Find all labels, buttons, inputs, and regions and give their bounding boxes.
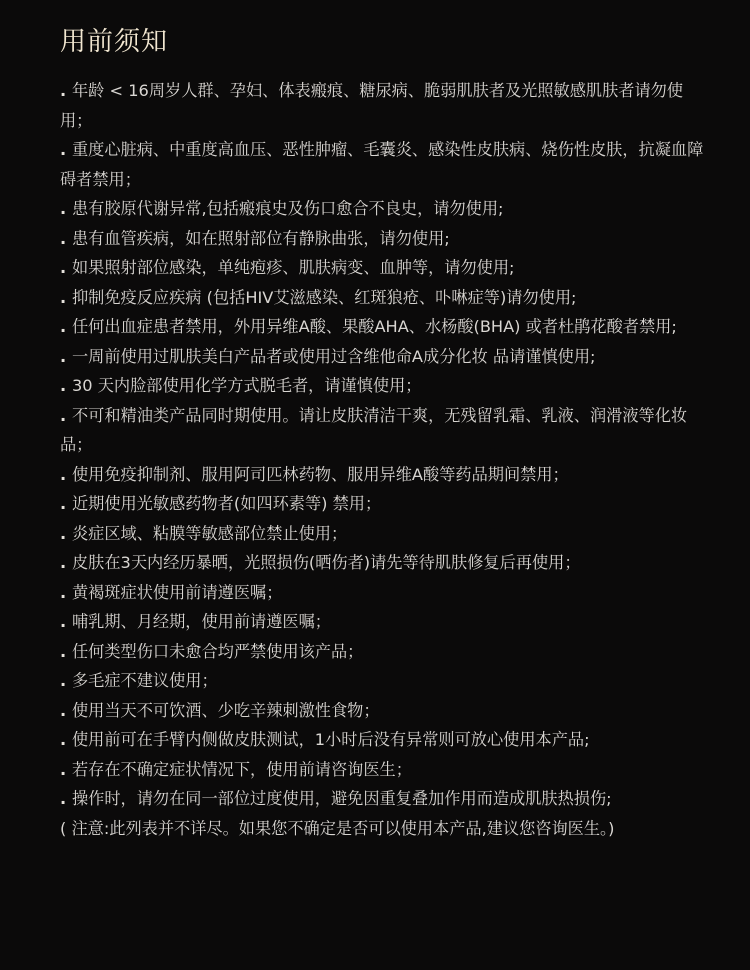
list-item-text: 操作时，请勿在同一部位过度使用，避免因重复叠加作用而造成肌肤热损伤; bbox=[72, 789, 612, 808]
list-item: .不可和精油类产品同时期使用。请让皮肤清洁干爽，无残留乳霜、乳液、润滑液等化妆品… bbox=[60, 401, 714, 460]
list-item: .任何类型伤口未愈合均严禁使用该产品； bbox=[60, 637, 714, 667]
precautions-list: .年龄 < 16周岁人群、孕妇、体表瘢痕、糖尿病、脆弱肌肤者及光照敏感肌肤者请勿… bbox=[60, 76, 714, 814]
bullet-icon: . bbox=[60, 519, 72, 549]
list-item-text: 若存在不确定症状情况下，使用前请咨询医生； bbox=[72, 760, 412, 779]
list-item-text: 炎症区域、粘膜等敏感部位禁止使用； bbox=[72, 524, 347, 543]
list-item-text: 使用前可在手臂内侧做皮肤测试，1小时后没有异常则可放心使用本产品; bbox=[72, 730, 590, 749]
list-item: .操作时，请勿在同一部位过度使用，避免因重复叠加作用而造成肌肤热损伤; bbox=[60, 784, 714, 814]
bullet-icon: . bbox=[60, 371, 72, 401]
list-item-text: 哺乳期、月经期，使用前请遵医嘱； bbox=[72, 612, 331, 631]
list-item-text: 患有胶原代谢异常,包括瘢痕史及伤口愈合不良史，请勿使用; bbox=[72, 199, 503, 218]
page-title: 用前须知 bbox=[60, 22, 714, 62]
list-item: .哺乳期、月经期，使用前请遵医嘱； bbox=[60, 607, 714, 637]
bullet-icon: . bbox=[60, 342, 72, 372]
bullet-icon: . bbox=[60, 607, 72, 637]
list-item-text: 近期使用光敏感药物者(如四环素等) 禁用； bbox=[72, 494, 381, 513]
bullet-icon: . bbox=[60, 578, 72, 608]
list-item-text: 使用免疫抑制剂、服用阿司匹林药物、服用异维A酸等药品期间禁用； bbox=[72, 465, 569, 484]
bullet-icon: . bbox=[60, 489, 72, 519]
bullet-icon: . bbox=[60, 755, 72, 785]
bullet-icon: . bbox=[60, 725, 72, 755]
list-item: .使用免疫抑制剂、服用阿司匹林药物、服用异维A酸等药品期间禁用； bbox=[60, 460, 714, 490]
list-item-text: 一周前使用过肌肤美白产品者或使用过含维他命A成分化妆 品请谨慎使用; bbox=[72, 347, 595, 366]
bullet-icon: . bbox=[60, 784, 72, 814]
bullet-icon: . bbox=[60, 637, 72, 667]
bullet-icon: . bbox=[60, 312, 72, 342]
list-item: .年龄 < 16周岁人群、孕妇、体表瘢痕、糖尿病、脆弱肌肤者及光照敏感肌肤者请勿… bbox=[60, 76, 714, 135]
list-item: .使用前可在手臂内侧做皮肤测试，1小时后没有异常则可放心使用本产品; bbox=[60, 725, 714, 755]
bullet-icon: . bbox=[60, 460, 72, 490]
list-item: .黄褐斑症状使用前请遵医嘱； bbox=[60, 578, 714, 608]
list-item-text: 任何出血症患者禁用，外用异维A酸、果酸AHA、水杨酸(BHA) 或者杜鹃花酸者禁… bbox=[72, 317, 677, 336]
list-item-text: 不可和精油类产品同时期使用。请让皮肤清洁干爽，无残留乳霜、乳液、润滑液等化妆品； bbox=[60, 406, 687, 455]
list-item: .炎症区域、粘膜等敏感部位禁止使用； bbox=[60, 519, 714, 549]
disclaimer-note: ( 注意:此列表并不详尽。如果您不确定是否可以使用本产品,建议您咨询医生。) bbox=[60, 814, 714, 844]
bullet-icon: . bbox=[60, 696, 72, 726]
list-item: .皮肤在3天内经历暴晒，光照损伤(晒伤者)请先等待肌肤修复后再使用； bbox=[60, 548, 714, 578]
bullet-icon: . bbox=[60, 76, 72, 106]
list-item-text: 抑制免疫反应疾病 (包括HIV艾滋感染、红斑狼疮、卟啉症等)请勿使用; bbox=[72, 288, 577, 307]
list-item-text: 30 天内脸部使用化学方式脱毛者，请谨慎使用； bbox=[72, 376, 422, 395]
list-item: .一周前使用过肌肤美白产品者或使用过含维他命A成分化妆 品请谨慎使用; bbox=[60, 342, 714, 372]
list-item: .抑制免疫反应疾病 (包括HIV艾滋感染、红斑狼疮、卟啉症等)请勿使用; bbox=[60, 283, 714, 313]
list-item-text: 使用当天不可饮酒、少吃辛辣刺激性食物； bbox=[72, 701, 380, 720]
list-item: .若存在不确定症状情况下，使用前请咨询医生； bbox=[60, 755, 714, 785]
list-item-text: 任何类型伤口未愈合均严禁使用该产品； bbox=[72, 642, 363, 661]
list-item-text: 多毛症不建议使用； bbox=[72, 671, 218, 690]
list-item: .重度心脏病、中重度高血压、恶性肿瘤、毛囊炎、感染性皮肤病、烧伤性皮肤，抗凝血障… bbox=[60, 135, 714, 194]
bullet-icon: . bbox=[60, 548, 72, 578]
bullet-icon: . bbox=[60, 283, 72, 313]
precautions-page: 用前须知 .年龄 < 16周岁人群、孕妇、体表瘢痕、糖尿病、脆弱肌肤者及光照敏感… bbox=[0, 0, 750, 970]
list-item: .患有血管疾病，如在照射部位有静脉曲张，请勿使用; bbox=[60, 224, 714, 254]
list-item-text: 重度心脏病、中重度高血压、恶性肿瘤、毛囊炎、感染性皮肤病、烧伤性皮肤，抗凝血障碍… bbox=[60, 140, 703, 189]
list-item: .患有胶原代谢异常,包括瘢痕史及伤口愈合不良史，请勿使用; bbox=[60, 194, 714, 224]
bullet-icon: . bbox=[60, 224, 72, 254]
list-item: .使用当天不可饮酒、少吃辛辣刺激性食物； bbox=[60, 696, 714, 726]
bullet-icon: . bbox=[60, 194, 72, 224]
list-item: .任何出血症患者禁用，外用异维A酸、果酸AHA、水杨酸(BHA) 或者杜鹃花酸者… bbox=[60, 312, 714, 342]
list-item: .多毛症不建议使用； bbox=[60, 666, 714, 696]
bullet-icon: . bbox=[60, 401, 72, 431]
bullet-icon: . bbox=[60, 253, 72, 283]
list-item: .30 天内脸部使用化学方式脱毛者，请谨慎使用； bbox=[60, 371, 714, 401]
list-item-text: 皮肤在3天内经历暴晒，光照损伤(晒伤者)请先等待肌肤修复后再使用； bbox=[72, 553, 581, 572]
list-item: .近期使用光敏感药物者(如四环素等) 禁用； bbox=[60, 489, 714, 519]
list-item-text: 如果照射部位感染，单纯疱疹、肌肤病变、血肿等，请勿使用; bbox=[72, 258, 515, 277]
bullet-icon: . bbox=[60, 135, 72, 165]
list-item-text: 患有血管疾病，如在照射部位有静脉曲张，请勿使用; bbox=[72, 229, 450, 248]
list-item-text: 年龄 < 16周岁人群、孕妇、体表瘢痕、糖尿病、脆弱肌肤者及光照敏感肌肤者请勿使… bbox=[60, 81, 683, 130]
bullet-icon: . bbox=[60, 666, 72, 696]
list-item-text: 黄褐斑症状使用前请遵医嘱； bbox=[72, 583, 282, 602]
list-item: .如果照射部位感染，单纯疱疹、肌肤病变、血肿等，请勿使用; bbox=[60, 253, 714, 283]
